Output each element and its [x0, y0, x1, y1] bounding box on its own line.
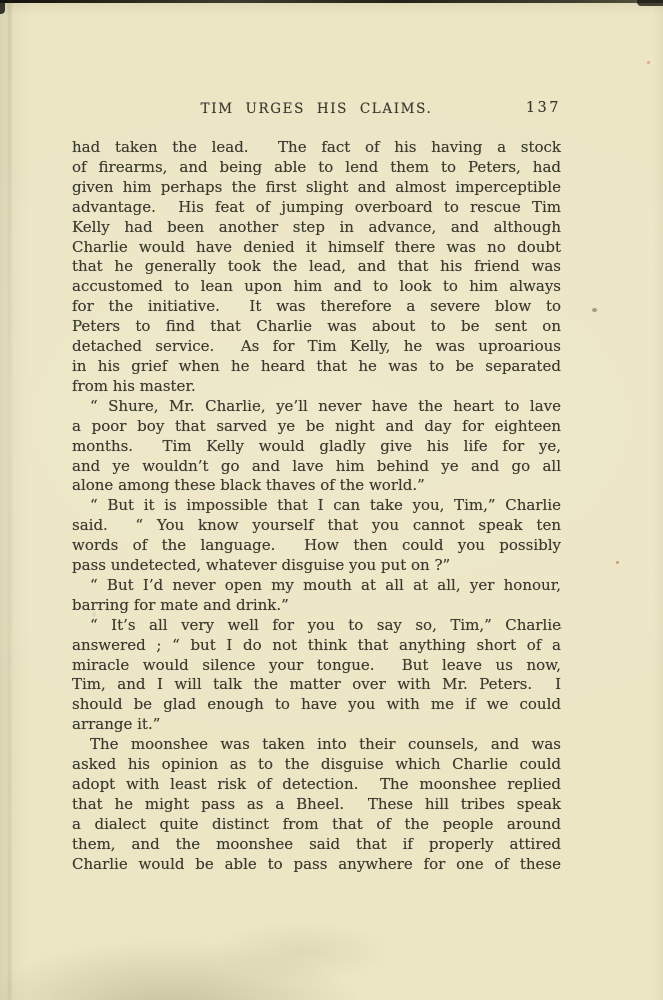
text-line: given him perhaps the first slight and a…	[72, 178, 561, 198]
book-page-scan: TIM URGES HIS CLAIMS. 137 had taken the …	[0, 0, 663, 1000]
text-line: from his master.	[72, 377, 561, 397]
text-block: had taken the lead. The fact of his havi…	[72, 138, 561, 875]
text-line: should be glad enough to have you with m…	[72, 695, 561, 715]
page-corner-mark-top-left	[0, 0, 5, 14]
text-line: “ But it is impossible that I can take y…	[72, 496, 561, 516]
text-line: answered ; “ but I do not think that any…	[72, 636, 561, 656]
paper-speck	[559, 627, 562, 629]
paper-speck	[616, 561, 619, 564]
text-line: alone among these black thaves of the wo…	[72, 476, 561, 496]
text-line: asked his opinion as to the disguise whi…	[72, 755, 561, 775]
text-line: “ It’s all very well for you to say so, …	[72, 616, 561, 636]
text-line: miracle would silence your tongue. But l…	[72, 656, 561, 676]
text-line: barring for mate and drink.”	[72, 596, 561, 616]
text-line: them, and the moonshee said that if prop…	[72, 835, 561, 855]
text-line: months. Tim Kelly would gladly give his …	[72, 437, 561, 457]
running-header: TIM URGES HIS CLAIMS. 137	[72, 101, 561, 121]
page-corner-mark-top-right	[637, 0, 663, 6]
running-header-title: TIM URGES HIS CLAIMS.	[72, 101, 561, 117]
text-line: accustomed to lean upon him and to look …	[72, 277, 561, 297]
text-line: a dialect quite distinct from that of th…	[72, 815, 561, 835]
text-line: that he generally took the lead, and tha…	[72, 257, 561, 277]
text-line: arrange it.”	[72, 715, 561, 735]
text-line: words of the language. How then could yo…	[72, 536, 561, 556]
text-line: Charlie would be able to pass anywhere f…	[72, 855, 561, 875]
text-line: adopt with least risk of detection. The …	[72, 775, 561, 795]
text-line: Charlie would have denied it himself the…	[72, 238, 561, 258]
text-line: that he might pass as a Bheel. These hil…	[72, 795, 561, 815]
paper-speck	[592, 308, 597, 312]
text-line: Tim, and I will talk the matter over wit…	[72, 675, 561, 695]
text-line: and ye wouldn’t go and lave him behind y…	[72, 457, 561, 477]
text-line: advantage. His feat of jumping overboard…	[72, 198, 561, 218]
paper-speck	[92, 612, 96, 617]
text-line: “ Shure, Mr. Charlie, ye’ll never have t…	[72, 397, 561, 417]
text-line: “ But I’d never open my mouth at all at …	[72, 576, 561, 596]
page-number: 137	[526, 100, 561, 116]
text-line: Peters to find that Charlie was about to…	[72, 317, 561, 337]
text-line: said. “ You know yourself that you canno…	[72, 516, 561, 536]
text-line: for the initiative. It was therefore a s…	[72, 297, 561, 317]
page-top-edge	[0, 0, 663, 3]
text-line: of firearms, and being able to lend them…	[72, 158, 561, 178]
page-gutter-crease	[8, 0, 11, 1000]
text-line: Kelly had been another step in advance, …	[72, 218, 561, 238]
text-line: detached service. As for Tim Kelly, he w…	[72, 337, 561, 357]
text-line: The moonshee was taken into their counse…	[72, 735, 561, 755]
text-line: had taken the lead. The fact of his havi…	[72, 138, 561, 158]
paper-speck	[647, 61, 650, 64]
text-line: pass undetected, whatever disguise you p…	[72, 556, 561, 576]
text-line: in his grief when he heard that he was t…	[72, 357, 561, 377]
text-line: a poor boy that sarved ye be night and d…	[72, 417, 561, 437]
